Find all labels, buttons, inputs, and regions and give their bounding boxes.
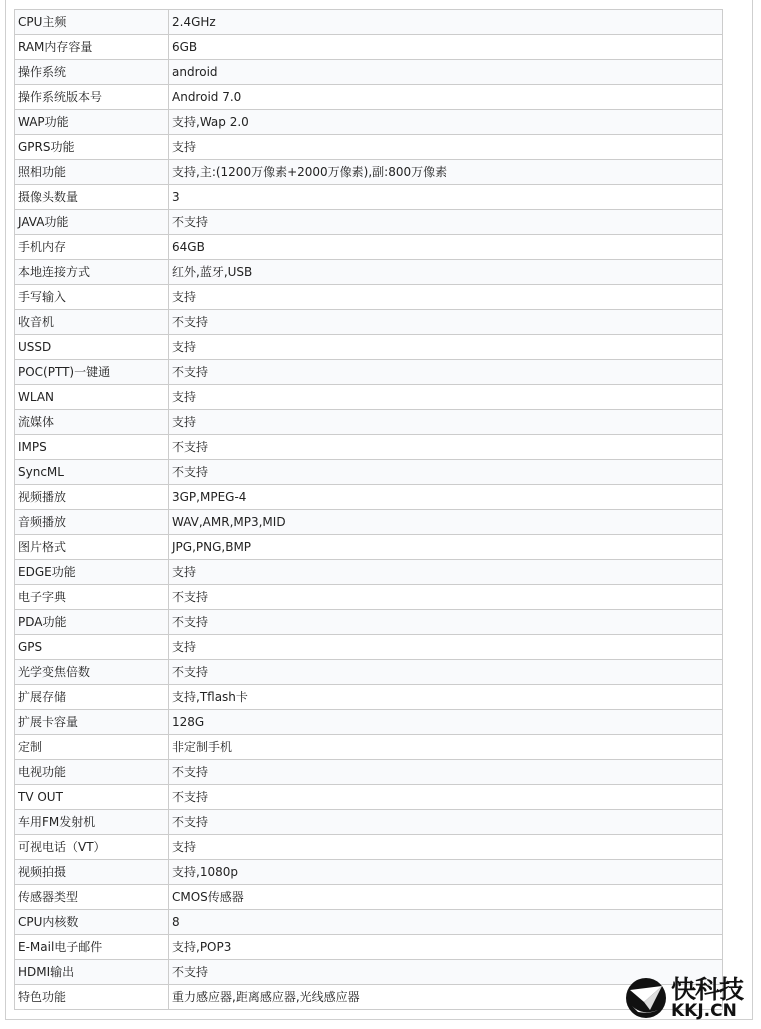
- spec-value: 不支持: [169, 310, 723, 335]
- table-row: 车用FM发射机不支持: [15, 810, 723, 835]
- table-row: 流媒体支持: [15, 410, 723, 435]
- spec-key: 手写输入: [15, 285, 169, 310]
- spec-key: 音频播放: [15, 510, 169, 535]
- table-row: 照相功能支持,主:(1200万像素+2000万像素),副:800万像素: [15, 160, 723, 185]
- watermark-name-en: KKJ.CN: [671, 1003, 743, 1020]
- table-row: 图片格式JPG,PNG,BMP: [15, 535, 723, 560]
- spec-value: 支持,Wap 2.0: [169, 110, 723, 135]
- watermark-text: 快科技 KKJ.CN: [671, 977, 743, 1020]
- spec-value: WAV,AMR,MP3,MID: [169, 510, 723, 535]
- spec-value: 支持: [169, 635, 723, 660]
- spec-key: 图片格式: [15, 535, 169, 560]
- spec-key: WLAN: [15, 385, 169, 410]
- table-row: 收音机不支持: [15, 310, 723, 335]
- spec-value: 不支持: [169, 585, 723, 610]
- table-row: GPRS功能支持: [15, 135, 723, 160]
- table-row: WAP功能支持,Wap 2.0: [15, 110, 723, 135]
- spec-value: 2.4GHz: [169, 10, 723, 35]
- table-row: 视频播放3GP,MPEG-4: [15, 485, 723, 510]
- table-row: JAVA功能不支持: [15, 210, 723, 235]
- spec-key: 电视功能: [15, 760, 169, 785]
- table-row: 扩展卡容量128G: [15, 710, 723, 735]
- table-row: 传感器类型CMOS传感器: [15, 885, 723, 910]
- spec-key: HDMI输出: [15, 960, 169, 985]
- spec-value: 支持: [169, 835, 723, 860]
- spec-value: 128G: [169, 710, 723, 735]
- spec-key: USSD: [15, 335, 169, 360]
- table-row: CPU内核数8: [15, 910, 723, 935]
- spec-value: 不支持: [169, 610, 723, 635]
- spec-value: 红外,蓝牙,USB: [169, 260, 723, 285]
- spec-key: EDGE功能: [15, 560, 169, 585]
- spec-key: CPU内核数: [15, 910, 169, 935]
- spec-value: 不支持: [169, 360, 723, 385]
- spec-value: 不支持: [169, 785, 723, 810]
- spec-value: 支持: [169, 385, 723, 410]
- table-row: 特色功能重力感应器,距离感应器,光线感应器: [15, 985, 723, 1010]
- spec-key: WAP功能: [15, 110, 169, 135]
- spec-table-body: CPU主频2.4GHzRAM内存容量6GB操作系统android操作系统版本号A…: [15, 10, 723, 1010]
- spec-value: 不支持: [169, 460, 723, 485]
- table-row: PDA功能不支持: [15, 610, 723, 635]
- table-row: EDGE功能支持: [15, 560, 723, 585]
- spec-key: RAM内存容量: [15, 35, 169, 60]
- spec-value: 支持,POP3: [169, 935, 723, 960]
- table-row: SyncML不支持: [15, 460, 723, 485]
- watermark-logo: 快科技 KKJ.CN: [624, 974, 754, 1022]
- spec-value: Android 7.0: [169, 85, 723, 110]
- table-row: 本地连接方式红外,蓝牙,USB: [15, 260, 723, 285]
- paper-plane-globe-icon: [624, 976, 668, 1020]
- spec-key: 视频拍摄: [15, 860, 169, 885]
- spec-key: GPRS功能: [15, 135, 169, 160]
- spec-value: 不支持: [169, 210, 723, 235]
- table-row: 定制非定制手机: [15, 735, 723, 760]
- spec-value: 支持,主:(1200万像素+2000万像素),副:800万像素: [169, 160, 723, 185]
- table-row: 扩展存储支持,Tflash卡: [15, 685, 723, 710]
- table-row: E-Mail电子邮件支持,POP3: [15, 935, 723, 960]
- spec-key: TV OUT: [15, 785, 169, 810]
- spec-value: android: [169, 60, 723, 85]
- spec-key: E-Mail电子邮件: [15, 935, 169, 960]
- table-row: 电视功能不支持: [15, 760, 723, 785]
- spec-key: IMPS: [15, 435, 169, 460]
- spec-table: CPU主频2.4GHzRAM内存容量6GB操作系统android操作系统版本号A…: [14, 9, 723, 1010]
- spec-value: 非定制手机: [169, 735, 723, 760]
- spec-value: 支持: [169, 560, 723, 585]
- spec-key: 扩展存储: [15, 685, 169, 710]
- spec-value: 64GB: [169, 235, 723, 260]
- table-row: 可视电话（VT）支持: [15, 835, 723, 860]
- spec-key: 流媒体: [15, 410, 169, 435]
- spec-key: 本地连接方式: [15, 260, 169, 285]
- table-row: GPS支持: [15, 635, 723, 660]
- spec-key: 定制: [15, 735, 169, 760]
- spec-value: 3GP,MPEG-4: [169, 485, 723, 510]
- spec-key: GPS: [15, 635, 169, 660]
- table-row: POC(PTT)一键通不支持: [15, 360, 723, 385]
- spec-value: 不支持: [169, 810, 723, 835]
- spec-value: 6GB: [169, 35, 723, 60]
- spec-key: 扩展卡容量: [15, 710, 169, 735]
- spec-key: JAVA功能: [15, 210, 169, 235]
- spec-key: 可视电话（VT）: [15, 835, 169, 860]
- table-row: 音频播放WAV,AMR,MP3,MID: [15, 510, 723, 535]
- spec-value: 3: [169, 185, 723, 210]
- table-row: 视频拍摄支持,1080p: [15, 860, 723, 885]
- spec-value: 不支持: [169, 435, 723, 460]
- spec-value: 支持: [169, 285, 723, 310]
- spec-key: 操作系统: [15, 60, 169, 85]
- spec-key: 照相功能: [15, 160, 169, 185]
- spec-value: 支持: [169, 135, 723, 160]
- spec-key: 光学变焦倍数: [15, 660, 169, 685]
- watermark-name-cn: 快科技: [671, 977, 743, 1002]
- spec-value: 支持: [169, 410, 723, 435]
- spec-key: 电子字典: [15, 585, 169, 610]
- table-row: WLAN支持: [15, 385, 723, 410]
- spec-key: PDA功能: [15, 610, 169, 635]
- spec-key: 摄像头数量: [15, 185, 169, 210]
- spec-key: 传感器类型: [15, 885, 169, 910]
- spec-value: JPG,PNG,BMP: [169, 535, 723, 560]
- table-row: IMPS不支持: [15, 435, 723, 460]
- table-row: 光学变焦倍数不支持: [15, 660, 723, 685]
- spec-key: SyncML: [15, 460, 169, 485]
- table-row: HDMI输出不支持: [15, 960, 723, 985]
- spec-value: 支持: [169, 335, 723, 360]
- spec-key: 视频播放: [15, 485, 169, 510]
- table-row: TV OUT不支持: [15, 785, 723, 810]
- spec-key: POC(PTT)一键通: [15, 360, 169, 385]
- table-row: RAM内存容量6GB: [15, 35, 723, 60]
- spec-key: 收音机: [15, 310, 169, 335]
- spec-value: 支持,1080p: [169, 860, 723, 885]
- table-row: 手写输入支持: [15, 285, 723, 310]
- spec-key: 车用FM发射机: [15, 810, 169, 835]
- table-row: 操作系统版本号Android 7.0: [15, 85, 723, 110]
- table-row: USSD支持: [15, 335, 723, 360]
- spec-value: CMOS传感器: [169, 885, 723, 910]
- table-row: 摄像头数量3: [15, 185, 723, 210]
- spec-key: 操作系统版本号: [15, 85, 169, 110]
- spec-value: 不支持: [169, 660, 723, 685]
- spec-value: 不支持: [169, 760, 723, 785]
- spec-key: 手机内存: [15, 235, 169, 260]
- table-row: 操作系统android: [15, 60, 723, 85]
- spec-key: CPU主频: [15, 10, 169, 35]
- table-row: 电子字典不支持: [15, 585, 723, 610]
- spec-key: 特色功能: [15, 985, 169, 1010]
- spec-value: 支持,Tflash卡: [169, 685, 723, 710]
- spec-value: 8: [169, 910, 723, 935]
- table-row: 手机内存64GB: [15, 235, 723, 260]
- table-row: CPU主频2.4GHz: [15, 10, 723, 35]
